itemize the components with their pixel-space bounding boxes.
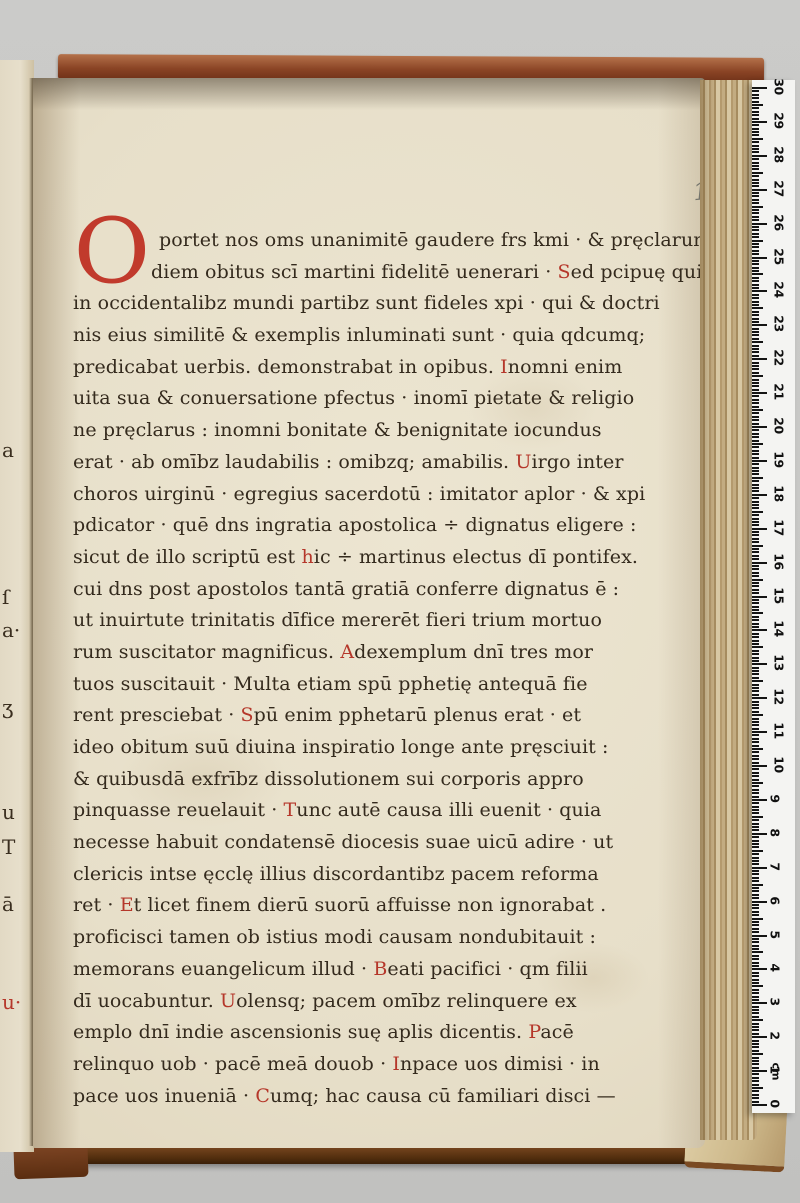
marginal-fragment: ʒ: [2, 695, 13, 719]
ruler-tick: [752, 846, 759, 848]
ruler-tick: [752, 951, 763, 953]
ruler-tick: [752, 677, 759, 679]
ruler-tick: [752, 511, 763, 513]
marginal-fragment: ā: [2, 892, 14, 916]
manuscript-line: ut inuirtute trinitatis dīfice mererēt f…: [73, 605, 673, 637]
ruler-tick: [752, 389, 759, 391]
ruler-tick: [752, 873, 759, 875]
line-text: portet nos oms unanimitē gaudere frs kmi…: [159, 229, 711, 251]
manuscript-line: in occidentalibz mundi partibz sunt fide…: [73, 288, 673, 320]
ruler-tick: [752, 1101, 759, 1103]
ruler-tick: [752, 1016, 759, 1018]
ruler-tick: [752, 928, 759, 930]
manuscript-line: portet nos oms unanimitē gaudere frs kmi…: [159, 225, 673, 257]
ruler-tick: [752, 589, 759, 591]
ruler-tick: [752, 860, 759, 862]
ruler-tick: [752, 233, 759, 235]
ruler-tick: [752, 375, 763, 377]
text-block: portet nos oms unanimitē gaudere frs kmi…: [73, 225, 673, 1112]
ruler-tick: [752, 541, 759, 543]
ruler-tick: [752, 734, 759, 736]
ruler-number: 12: [772, 688, 787, 704]
line-text: pace uos inueniā ·: [73, 1085, 255, 1107]
line-text: ut inuirtute trinitatis dīfice mererēt f…: [73, 609, 602, 631]
ruler-tick: [752, 168, 759, 170]
ruler-tick: [752, 494, 767, 496]
ruler-tick: [752, 897, 759, 899]
ruler-tick: [752, 165, 759, 167]
ruler-tick: [752, 216, 759, 218]
ruler-tick: [752, 935, 767, 937]
ruler-tick: [752, 253, 759, 255]
ruler-tick: [752, 853, 759, 855]
manuscript-line: proficisci tamen ob istius modi causam n…: [73, 922, 673, 954]
ruler-tick: [752, 857, 759, 859]
ruler-tick: [752, 1036, 767, 1038]
ruler-tick: [752, 1012, 759, 1014]
line-text: ic ÷ martinus electus dī pontifex.: [314, 546, 638, 568]
ruler-tick: [752, 257, 767, 259]
ruler-tick: [752, 690, 759, 692]
ruler-tick: [752, 558, 759, 560]
ruler-tick: [752, 958, 759, 960]
manuscript-line: emplo dnī indie ascensionis suę aplis di…: [73, 1017, 673, 1049]
ruler-number: 18: [772, 485, 787, 501]
line-text: in occidentalibz mundi partibz sunt fide…: [73, 292, 660, 314]
ruler-tick: [752, 1050, 759, 1052]
ruler-number: 2: [768, 1032, 783, 1040]
line-text: sicut de illo scriptū est: [73, 546, 301, 568]
ruler-tick: [752, 707, 759, 709]
ruler-tick: [752, 680, 763, 682]
ruler-tick: [752, 534, 759, 536]
ruler-tick: [752, 1077, 759, 1079]
ruler-tick: [752, 358, 767, 360]
ruler-tick: [752, 141, 759, 143]
ruler-tick: [752, 579, 763, 581]
ruler-tick: [752, 470, 759, 472]
ruler-tick: [752, 741, 759, 743]
ruler-tick: [752, 833, 767, 835]
ruler-tick: [752, 907, 759, 909]
ruler-tick: [752, 341, 763, 343]
ruler-tick: [752, 1097, 759, 1099]
manuscript-photo: aſa·ʒuTāu· 137 O portet nos oms unanimit…: [0, 0, 800, 1203]
ruler-tick: [752, 87, 767, 89]
ruler-tick: [752, 185, 759, 187]
ruler-tick: [752, 626, 759, 628]
ruler-tick: [752, 409, 763, 411]
ruler-tick: [752, 941, 759, 943]
ruler-tick: [752, 592, 759, 594]
ruler-tick: [752, 714, 763, 716]
ruler-tick: [752, 982, 759, 984]
ruler-tick: [752, 775, 759, 777]
ruler-tick: [752, 277, 759, 279]
ruler-tick: [752, 209, 759, 211]
ruler-number: 29: [772, 112, 787, 128]
ruler-tick: [752, 480, 759, 482]
marginal-fragment: a·: [2, 618, 20, 642]
ruler-tick: [752, 395, 759, 397]
ruler-tick: [752, 433, 759, 435]
ruler-tick: [752, 636, 759, 638]
ruler-tick: [752, 612, 763, 614]
ruler-tick: [752, 996, 759, 998]
ruler-tick: [752, 267, 759, 269]
ruler-tick: [752, 765, 767, 767]
ruler-tick: [752, 796, 759, 798]
ruler-tick: [752, 351, 759, 353]
manuscript-line: erat · ab omībz laudabilis : omibzq; ama…: [73, 447, 673, 479]
ruler-number: 17: [772, 519, 787, 535]
manuscript-line: ideo obitum suū diuina inspiratio longe …: [73, 732, 673, 764]
line-text: eati pacifici · qm filii: [387, 958, 587, 980]
ruler-tick: [752, 979, 759, 981]
ruler-tick: [752, 175, 759, 177]
ruler-number: 6: [768, 896, 783, 904]
line-text: rent presciebat ·: [73, 704, 240, 726]
ruler-number: 25: [772, 248, 787, 264]
ruler-tick: [752, 975, 759, 977]
ruler-tick: [752, 687, 759, 689]
manuscript-line: rent presciebat · Spū enim pphetarū plen…: [73, 700, 673, 732]
ruler-tick: [752, 1002, 767, 1004]
line-text: dī uocabuntur.: [73, 990, 220, 1012]
marginal-fragment: ſ: [2, 585, 9, 609]
ruler-tick: [752, 212, 759, 214]
rubric-letter: E: [120, 894, 134, 916]
ruler-tick: [752, 548, 759, 550]
ruler-tick: [752, 121, 767, 123]
ruler-number: 26: [772, 214, 787, 230]
ruler-tick: [752, 189, 767, 191]
ruler-tick: [752, 724, 759, 726]
ruler-tick: [752, 260, 759, 262]
ruler-tick: [752, 931, 759, 933]
ruler-tick: [752, 263, 759, 265]
ruler-number: 13: [772, 655, 787, 671]
ruler-tick: [752, 457, 759, 459]
ruler-tick: [752, 762, 759, 764]
ruler-tick: [752, 524, 759, 526]
ruler-tick: [752, 572, 759, 574]
ruler-tick: [752, 596, 767, 598]
manuscript-page: 137 O portet nos oms unanimitē gaudere f…: [33, 78, 705, 1148]
ruler-tick: [752, 785, 759, 787]
manuscript-line: sicut de illo scriptū est hic ÷ martinus…: [73, 542, 673, 574]
ruler-tick: [752, 992, 759, 994]
ruler-tick: [752, 968, 767, 970]
ruler-tick: [752, 1063, 759, 1065]
ruler-tick: [752, 1067, 759, 1069]
rubric-letter: B: [373, 958, 387, 980]
ruler-tick: [752, 989, 759, 991]
ruler-tick: [752, 887, 759, 889]
ruler-tick: [752, 368, 759, 370]
fore-edge-pages: [700, 80, 757, 1140]
line-text: pū enim pphetarū plenus erat · et: [254, 704, 582, 726]
manuscript-line: ne pręclarus : inomni bonitate & benigni…: [73, 415, 673, 447]
ruler-tick: [752, 938, 759, 940]
manuscript-line: necesse habuit condatensē diocesis suae …: [73, 827, 673, 859]
line-text: olensq; pacem omībz relinquere ex: [236, 990, 577, 1012]
ruler-tick: [752, 640, 759, 642]
ruler-tick: [752, 402, 759, 404]
ruler-tick: [752, 894, 759, 896]
ruler-tick: [752, 382, 759, 384]
marginal-fragment: u·: [2, 990, 21, 1014]
ruler-tick: [752, 1046, 759, 1048]
line-text: umq; hac causa cū familiari disci —: [270, 1085, 616, 1107]
ruler-tick: [752, 921, 759, 923]
ruler-tick: [752, 151, 759, 153]
rubric-letter: I: [500, 356, 508, 378]
manuscript-line: predicabat uerbis. demonstrabat in opibu…: [73, 352, 673, 384]
ruler-tick: [752, 731, 767, 733]
marginal-fragment: u: [2, 800, 15, 824]
rubric-letter: S: [240, 704, 253, 726]
manuscript-line: diem obitus scī martini fidelitē uenerar…: [151, 257, 673, 289]
ruler-tick: [752, 114, 759, 116]
ruler-tick: [752, 419, 759, 421]
ruler-tick: [752, 782, 763, 784]
ruler-number: 3: [768, 998, 783, 1006]
ruler-tick: [752, 738, 759, 740]
ruler-tick: [752, 867, 767, 869]
ruler-tick: [752, 124, 759, 126]
ruler-tick: [752, 318, 759, 320]
manuscript-line: clericis intse ęcclę illius discordantib…: [73, 859, 673, 891]
line-text: nis eius similitē & exemplis inluminati …: [73, 324, 645, 346]
ruler-tick: [752, 551, 759, 553]
ruler-tick: [752, 721, 759, 723]
ruler-tick: [752, 460, 767, 462]
manuscript-line: pdicator · quē dns ingratia apostolica ÷…: [73, 510, 673, 542]
ruler-tick: [752, 450, 759, 452]
line-text: t licet finem dierū suorū affuisse non i…: [134, 894, 607, 916]
ruler-tick: [752, 806, 759, 808]
manuscript-line: nis eius similitē & exemplis inluminati …: [73, 320, 673, 352]
ruler-tick: [752, 134, 759, 136]
ruler-tick: [752, 711, 759, 713]
rubric-letter: P: [528, 1021, 540, 1043]
ruler-tick: [752, 945, 759, 947]
ruler-number: 28: [772, 146, 787, 162]
line-text: ret ·: [73, 894, 120, 916]
line-text: erat · ab omībz laudabilis : omibzq; ama…: [73, 451, 515, 473]
ruler-number: 22: [772, 349, 787, 365]
ruler-tick: [752, 663, 767, 665]
ruler-tick: [752, 809, 759, 811]
manuscript-line: dī uocabuntur. Uolensq; pacem omībz reli…: [73, 986, 673, 1018]
rubric-letter: h: [301, 546, 313, 568]
ruler-tick: [752, 412, 759, 414]
rubric-letter: C: [255, 1085, 270, 1107]
ruler-tick: [752, 348, 759, 350]
ruler-tick: [752, 1023, 759, 1025]
line-text: irgo inter: [531, 451, 623, 473]
ruler-tick: [752, 880, 759, 882]
ruler-tick: [752, 792, 759, 794]
ruler-tick: [752, 962, 759, 964]
manuscript-line: memorans euangelicum illud · Beati pacif…: [73, 954, 673, 986]
ruler-tick: [752, 840, 759, 842]
ruler-tick: [752, 304, 759, 306]
ruler-tick: [752, 823, 759, 825]
ruler-tick: [752, 97, 759, 99]
ruler-tick: [752, 670, 759, 672]
ruler-tick: [752, 816, 763, 818]
ruler-tick: [752, 694, 759, 696]
ruler-tick: [752, 772, 759, 774]
line-text: ne pręclarus : inomni bonitate & benigni…: [73, 419, 602, 441]
ruler-tick: [752, 1070, 767, 1072]
ruler-tick: [752, 453, 759, 455]
ruler-tick: [752, 802, 759, 804]
ruler-tick: [752, 819, 759, 821]
ruler-tick: [752, 145, 759, 147]
ruler-number: 14: [772, 621, 787, 637]
ruler-tick: [752, 1073, 759, 1075]
ruler-tick: [752, 870, 759, 872]
ruler-tick: [752, 324, 767, 326]
manuscript-line: pace uos inueniā · Cumq; hac causa cū fa…: [73, 1081, 673, 1113]
line-text: proficisci tamen ob istius modi causam n…: [73, 926, 596, 948]
ruler-tick: [752, 1057, 759, 1059]
ruler-tick: [752, 131, 759, 133]
ruler-tick: [752, 226, 759, 228]
ruler-tick: [752, 345, 759, 347]
ruler-tick: [752, 148, 759, 150]
manuscript-line: ret · Et licet finem dierū suorū affuiss…: [73, 890, 673, 922]
ruler-tick: [752, 311, 759, 313]
ruler-tick: [752, 836, 759, 838]
line-text: necesse habuit condatensē diocesis suae …: [73, 831, 613, 853]
ruler-tick: [752, 195, 759, 197]
line-text: tuos suscitauit · Multa etiam spū ppheti…: [73, 673, 588, 695]
marginal-fragment: a: [2, 438, 14, 462]
line-text: nomni enim: [508, 356, 623, 378]
ruler-tick: [752, 328, 759, 330]
ruler-tick: [752, 1040, 759, 1042]
ruler-tick: [752, 850, 763, 852]
line-text: pdicator · quē dns ingratia apostolica ÷…: [73, 514, 636, 536]
ruler-tick: [752, 629, 767, 631]
ruler-tick: [752, 673, 759, 675]
ruler-tick: [752, 890, 759, 892]
rubric-letter: A: [340, 641, 354, 663]
ruler-tick: [752, 911, 759, 913]
ruler-tick: [752, 609, 759, 611]
ruler-tick: [752, 429, 759, 431]
ruler-tick: [752, 297, 759, 299]
ruler-tick: [752, 399, 759, 401]
ruler-tick: [752, 704, 759, 706]
ruler-number: 9: [768, 794, 783, 802]
line-text: dexemplum dnī tres mor: [354, 641, 593, 663]
manuscript-line: choros uirginū · egregius sacerdotū : im…: [73, 479, 673, 511]
ruler-tick: [752, 273, 763, 275]
ruler-tick: [752, 314, 759, 316]
ruler-tick: [752, 701, 759, 703]
ruler-tick: [752, 643, 759, 645]
ruler-tick: [752, 555, 759, 557]
ruler-number: 8: [768, 828, 783, 836]
ruler-number: 21: [772, 383, 787, 399]
ruler-tick: [752, 1080, 759, 1082]
ruler-tick: [752, 585, 759, 587]
ruler-tick: [752, 321, 759, 323]
ruler-tick: [752, 179, 759, 181]
ruler-tick: [752, 162, 759, 164]
ruler-tick: [752, 1043, 759, 1045]
ruler-tick: [752, 1019, 763, 1021]
ruler-tick: [752, 1053, 763, 1055]
ruler-number: 7: [768, 862, 783, 870]
ruler-tick: [752, 463, 759, 465]
ruler-tick: [752, 192, 759, 194]
ruler-tick: [752, 1084, 759, 1086]
ruler-tick: [752, 379, 759, 381]
ruler-tick: [752, 426, 767, 428]
ruler-tick: [752, 884, 763, 886]
ruler-tick: [752, 487, 759, 489]
ruler-tick: [752, 406, 759, 408]
ruler-tick: [752, 473, 759, 475]
manuscript-line: rum suscitator magnificus. Adexemplum dn…: [73, 637, 673, 669]
line-text: relinquo uob · pacē meā douob ·: [73, 1053, 392, 1075]
ruler-tick: [752, 538, 759, 540]
ruler-tick: [752, 334, 759, 336]
ruler-tick: [752, 528, 767, 530]
ruler-tick: [752, 158, 759, 160]
ruler-tick: [752, 514, 759, 516]
ruler-tick: [752, 280, 759, 282]
ruler-tick: [752, 1104, 767, 1106]
ruler-tick: [752, 657, 759, 659]
ruler-tick: [752, 660, 759, 662]
ruler-number: 20: [772, 417, 787, 433]
ruler-tick: [752, 206, 763, 208]
ruler-tick: [752, 504, 759, 506]
rubric-letter: U: [220, 990, 236, 1012]
ruler-tick: [752, 338, 759, 340]
ruler-number: 24: [772, 282, 787, 298]
rubric-letter: I: [392, 1053, 400, 1075]
ruler-tick: [752, 270, 759, 272]
marginal-fragment: T: [2, 835, 15, 859]
ruler-tick: [752, 518, 759, 520]
ruler-tick: [752, 531, 759, 533]
ruler-tick: [752, 118, 759, 120]
ruler-tick: [752, 914, 759, 916]
ruler-tick: [752, 199, 759, 201]
line-text: diem obitus scī martini fidelitē uenerar…: [151, 261, 558, 283]
ruler-tick: [752, 240, 763, 242]
ruler-tick: [752, 182, 759, 184]
ruler-tick: [752, 904, 759, 906]
ruler-tick: [752, 599, 759, 601]
ruler-number: 15: [772, 587, 787, 603]
ruler-tick: [752, 619, 759, 621]
ruler-tick: [752, 606, 759, 608]
ruler-number: 27: [772, 180, 787, 196]
ruler-tick: [752, 918, 763, 920]
ruler-tick: [752, 565, 759, 567]
ruler-number: 11: [772, 722, 787, 738]
ruler-tick: [752, 446, 759, 448]
